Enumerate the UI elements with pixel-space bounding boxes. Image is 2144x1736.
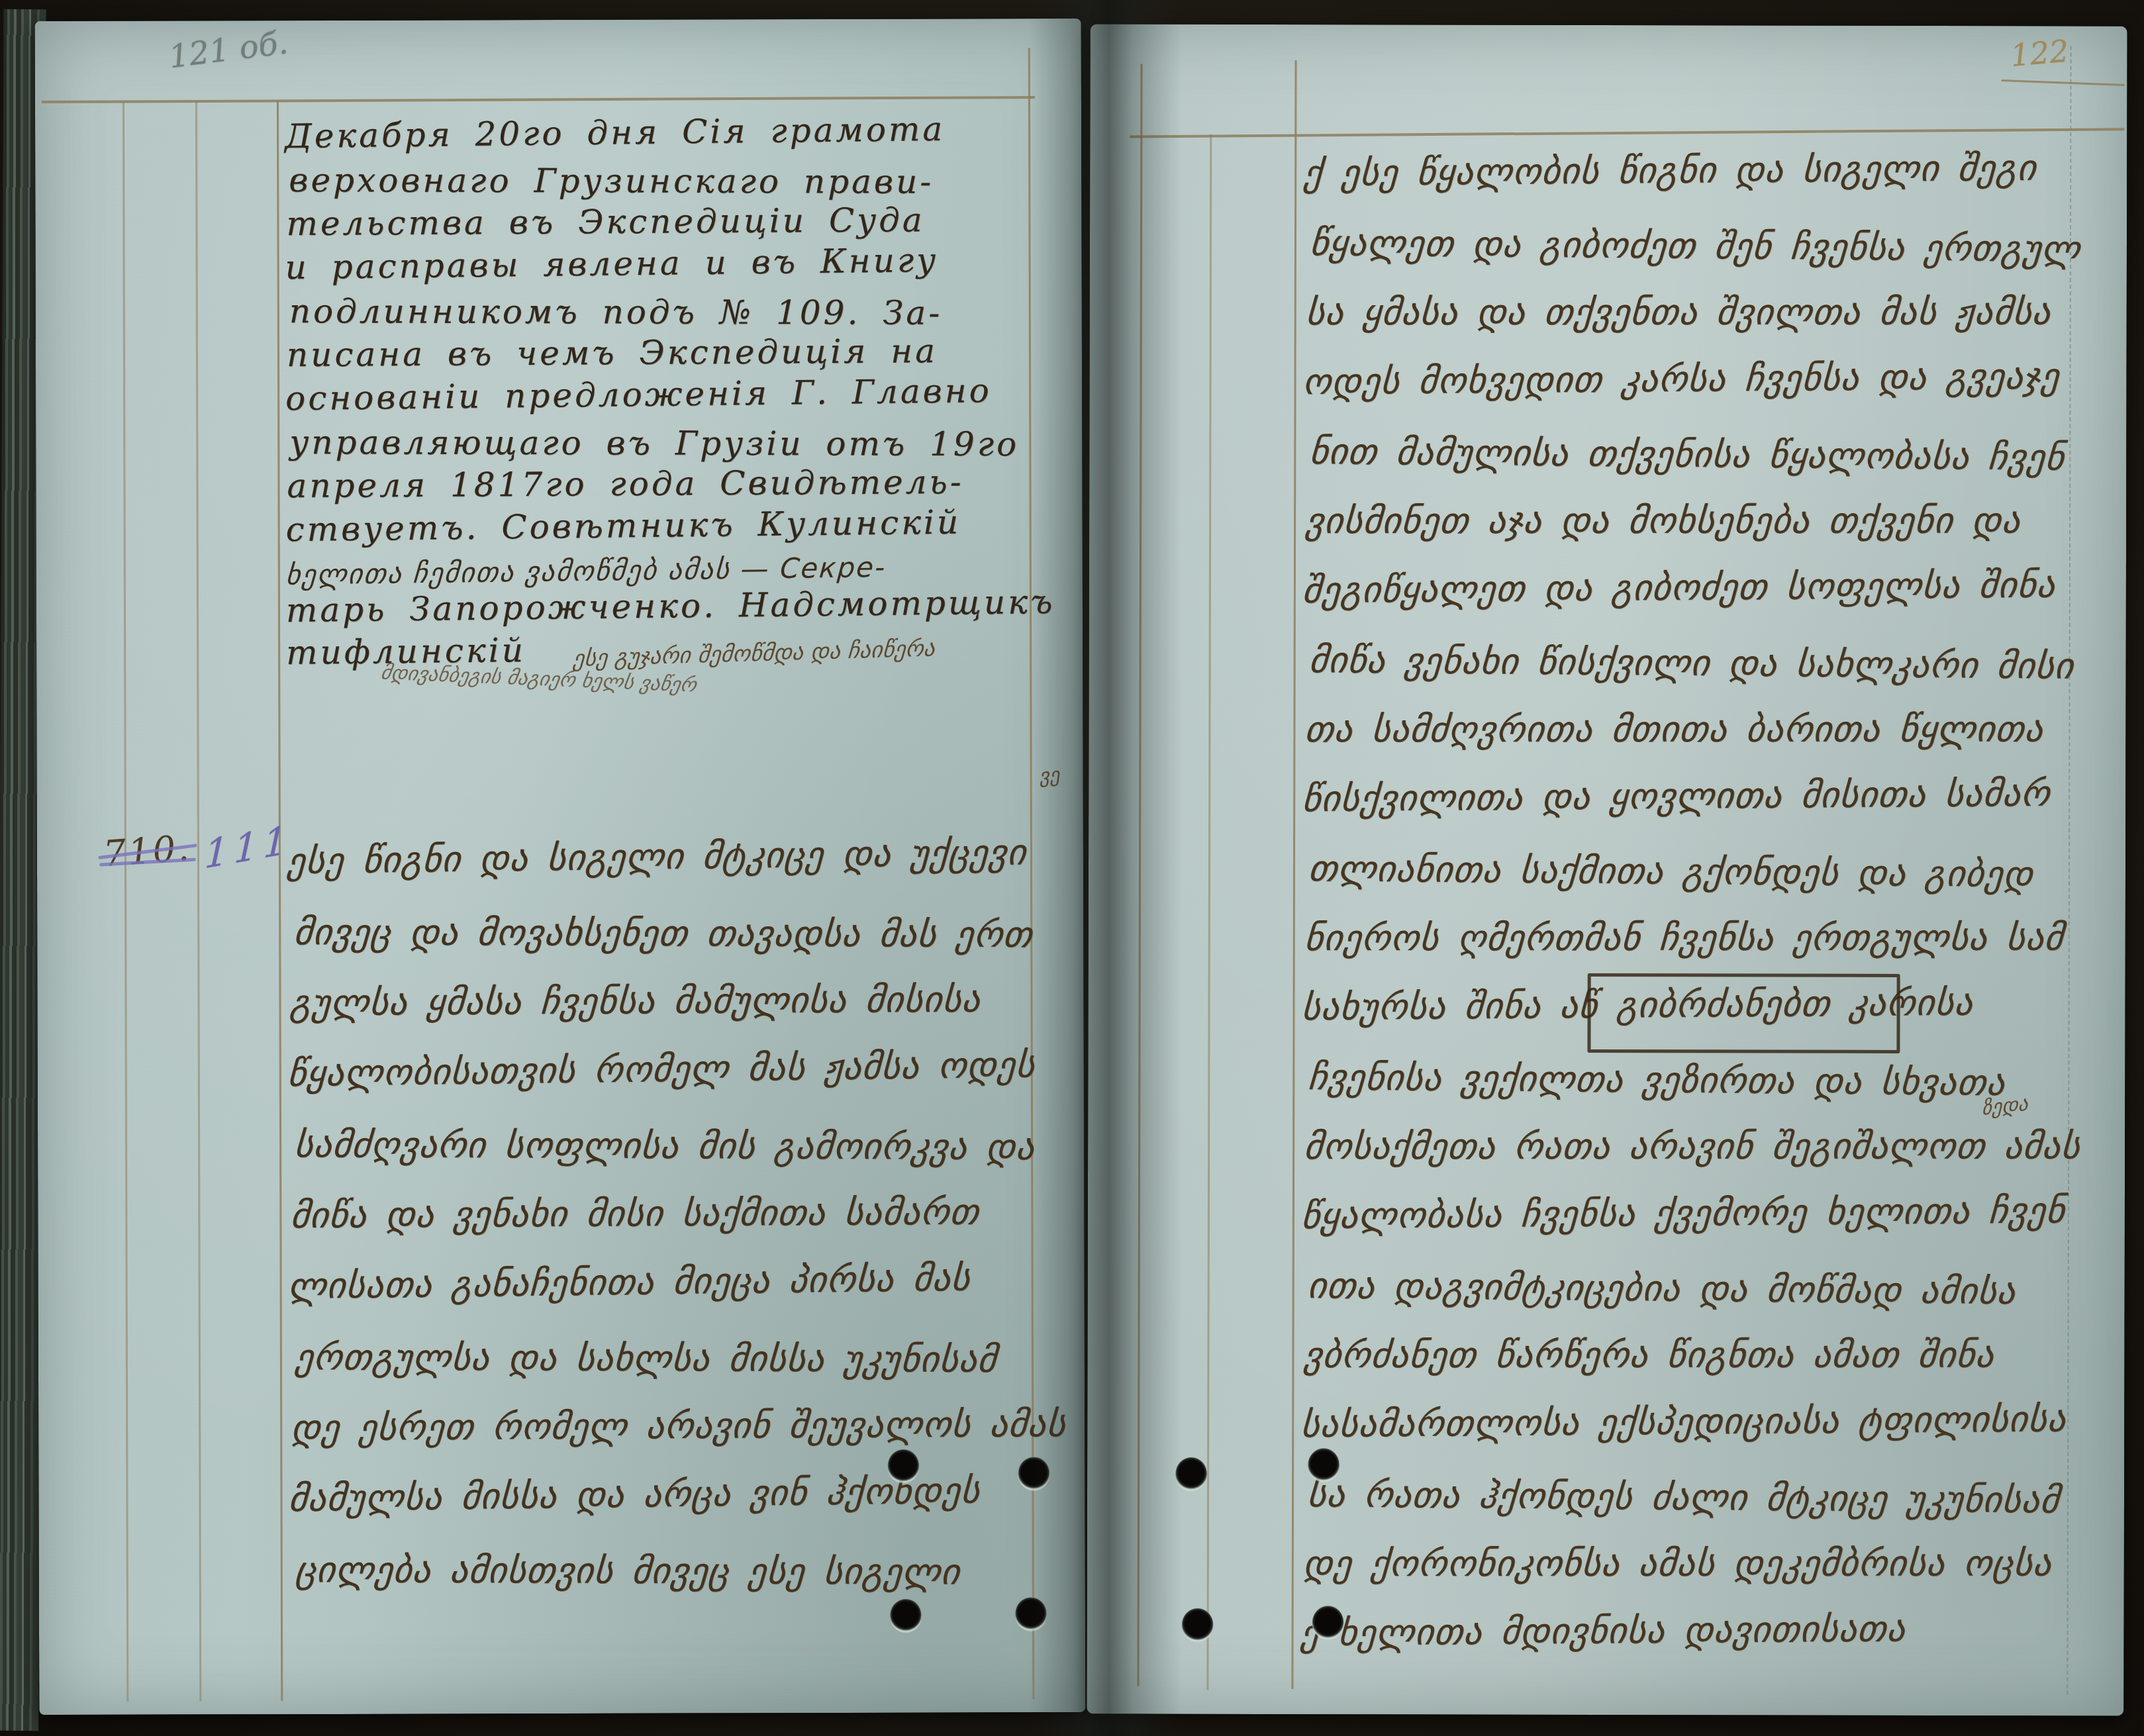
ink-box-annotation — [1587, 973, 1900, 1053]
wormhole — [1018, 1457, 1049, 1491]
georgian-text-line: ითა დაგვიმტკიცებია და მოწმად ამისა — [1305, 1251, 2085, 1327]
russian-text-line: ствуетъ. Совѣтникъ Кулинскій — [285, 499, 1033, 552]
russian-text-line: и расправы явлена и въ Книгу — [285, 237, 1032, 289]
head-rule — [42, 96, 1035, 103]
margin-rule-1 — [122, 102, 128, 1702]
text-left-rule — [277, 101, 283, 1701]
georgian-text-line: წისქვილითა და ყოვლითა მისითა სამარ — [1300, 758, 2080, 834]
russian-text-line: Декабря 20го дня Сія грамота — [285, 106, 1032, 158]
wormhole — [1175, 1457, 1207, 1492]
georgian-text-line: ცილება ამისთვის მივეც ესე სიგელი — [293, 1534, 1046, 1608]
georgian-text-line: დე ქორონიკონსა ამას დეკემბრისა ოცსა — [1301, 1528, 2081, 1598]
georgian-text-line: თა სამძღვრითა მთითა ბარითა წყლითა — [1303, 694, 2083, 764]
georgian-text-line: ვბრძანეთ წარწერა წიგნთა ამათ შინა — [1302, 1320, 2082, 1390]
margin-rule-2 — [195, 101, 201, 1701]
wormhole — [887, 1449, 919, 1484]
georgian-text-line: ნით მამულისა თქვენისა წყალობასა ჩვენ — [1307, 416, 2087, 493]
georgian-text-line: ვისმინეთ აჯა და მოხსენება თქვენი და — [1303, 485, 2083, 555]
georgian-text-line: მოსაქმეთა რათა არავინ შეგიშალოთ ამას — [1302, 1111, 2082, 1181]
interlinear-insertion: ზედა — [1982, 1092, 2029, 1120]
folio-underline-stroke — [2002, 79, 2125, 86]
pencil-folio-number: 121 об. — [167, 24, 290, 75]
georgian-text-line: შეგიწყალეთ და გიბოძეთ სოფელსა შინა — [1300, 550, 2080, 625]
wormhole — [1308, 1448, 1340, 1482]
wormhole — [890, 1599, 922, 1633]
russian-attestation-block: Декабря 20го дня Сія грамотаверховнаго Г… — [285, 113, 1033, 552]
georgian-text-line: სასამართლოსა ექსპედიციასა ტფილისისა — [1299, 1384, 2078, 1459]
georgian-deed-block-right: ქ ესე წყალობის წიგნი და სიგელი შეგიწყალე… — [1300, 138, 2078, 1669]
right-page: 122 ქ ესე წყალობის წიგნი და სიგელი შეგიწ… — [1087, 24, 2127, 1715]
georgian-text-line: სა ყმასა და თქვენთა შვილთა მას ჟამსა — [1304, 277, 2084, 347]
georgian-text-line: თლიანითა საქმითა გქონდეს და გიბედ — [1306, 834, 2086, 910]
russian-text-line: управляющаго въ Грузіи отъ 19го — [289, 420, 1036, 466]
georgian-text-line: ესე წიგნი და სიგელი მტკიცე და უქცევი — [285, 816, 1038, 896]
georgian-text-line: გულსა ყმასა ჩვენსა მამულისა მისისა — [288, 963, 1041, 1038]
ink-folio-number: 122 — [2009, 33, 2070, 73]
georgian-text-line: მიწა და ვენახი მისი საქმითა სამართ — [289, 1176, 1042, 1251]
wormhole — [1015, 1597, 1047, 1631]
georgian-text-line: ჩვენისა ვექილთა ვეზირთა და სხვათა — [1306, 1042, 2086, 1118]
catchword-mark: ვე — [1038, 763, 1060, 788]
text-left-rule — [1291, 60, 1296, 1689]
georgian-tail-note: ესე გუჯარი შემოწმდა და ჩაიწერა — [572, 635, 936, 672]
margin-rule-1 — [1206, 134, 1212, 1690]
georgian-text-line: წყალობასა ჩვენსა ქვემორე ხელითა ჩვენ — [1299, 1175, 2078, 1251]
georgian-text-line: დე ესრეთ რომელ არავინ შეუვალოს ამას — [289, 1388, 1042, 1463]
georgian-deed-block-left: ესე წიგნი და სიგელი მტკიცე და უქცევიმივე… — [287, 824, 1037, 1605]
wormhole — [1182, 1608, 1214, 1643]
russian-text-line: основаніи предложенія Г. Главно — [285, 368, 1033, 420]
georgian-text-line: ოდეს მოხვედით კარსა ჩვენსა და გვეაჯე — [1301, 341, 2080, 416]
russian-text-line: верховнаго Грузинскаго прави- — [289, 158, 1036, 204]
wormhole — [1312, 1606, 1344, 1640]
left-page: 121 об. Декабря 20го дня Сія грамотаверх… — [35, 19, 1086, 1715]
georgian-text-line: სამძღვარი სოფლისა მის გამოირკვა და — [292, 1109, 1045, 1182]
georgian-text-line: ერთგულსა და სახლსა მისსა უკუნისამ — [293, 1322, 1046, 1395]
russian-text-line: подлинникомъ подъ № 109. За- — [289, 289, 1036, 335]
georgian-text-line: ნიეროს ღმერთმან ჩვენსა ერთგულსა სამ — [1302, 902, 2082, 973]
georgian-text-line: მამულსა მისსა და არცა ვინ ჰქონდეს — [287, 1454, 1040, 1534]
georgian-text-line: სა რათა ჰქონდეს ძალი მტკიცე უკუნისამ — [1305, 1459, 2085, 1535]
georgian-text-line: ქ ესე წყალობის წიგნი და სიგელი შეგი — [1302, 132, 2081, 208]
gutter-rule — [1137, 64, 1142, 1686]
russian-text-line-secretary: тарь Запорожченко. Надсмотрщикъ — [286, 580, 1034, 632]
georgian-text-line: მიწა ვენახი წისქვილი და სახლკარი მისი — [1306, 625, 2086, 701]
georgian-text-line: წყალეთ და გიბოძეთ შენ ჩვენსა ერთგულ — [1308, 208, 2088, 284]
georgian-text-line: ლისათა განაჩენითა მიეცა პირსა მას — [286, 1241, 1039, 1322]
georgian-text-line: ქ ხელითა მდივნისა დავითისათა — [1298, 1592, 2078, 1668]
manuscript-book-spread: 121 об. Декабря 20го дня Сія грамотаверх… — [0, 0, 2144, 1736]
georgian-text-line: წყალობისათვის რომელ მას ჟამსა ოდეს — [285, 1029, 1038, 1109]
georgian-text-line: მივეც და მოვახსენეთ თავადსა მას ერთ — [291, 896, 1044, 970]
